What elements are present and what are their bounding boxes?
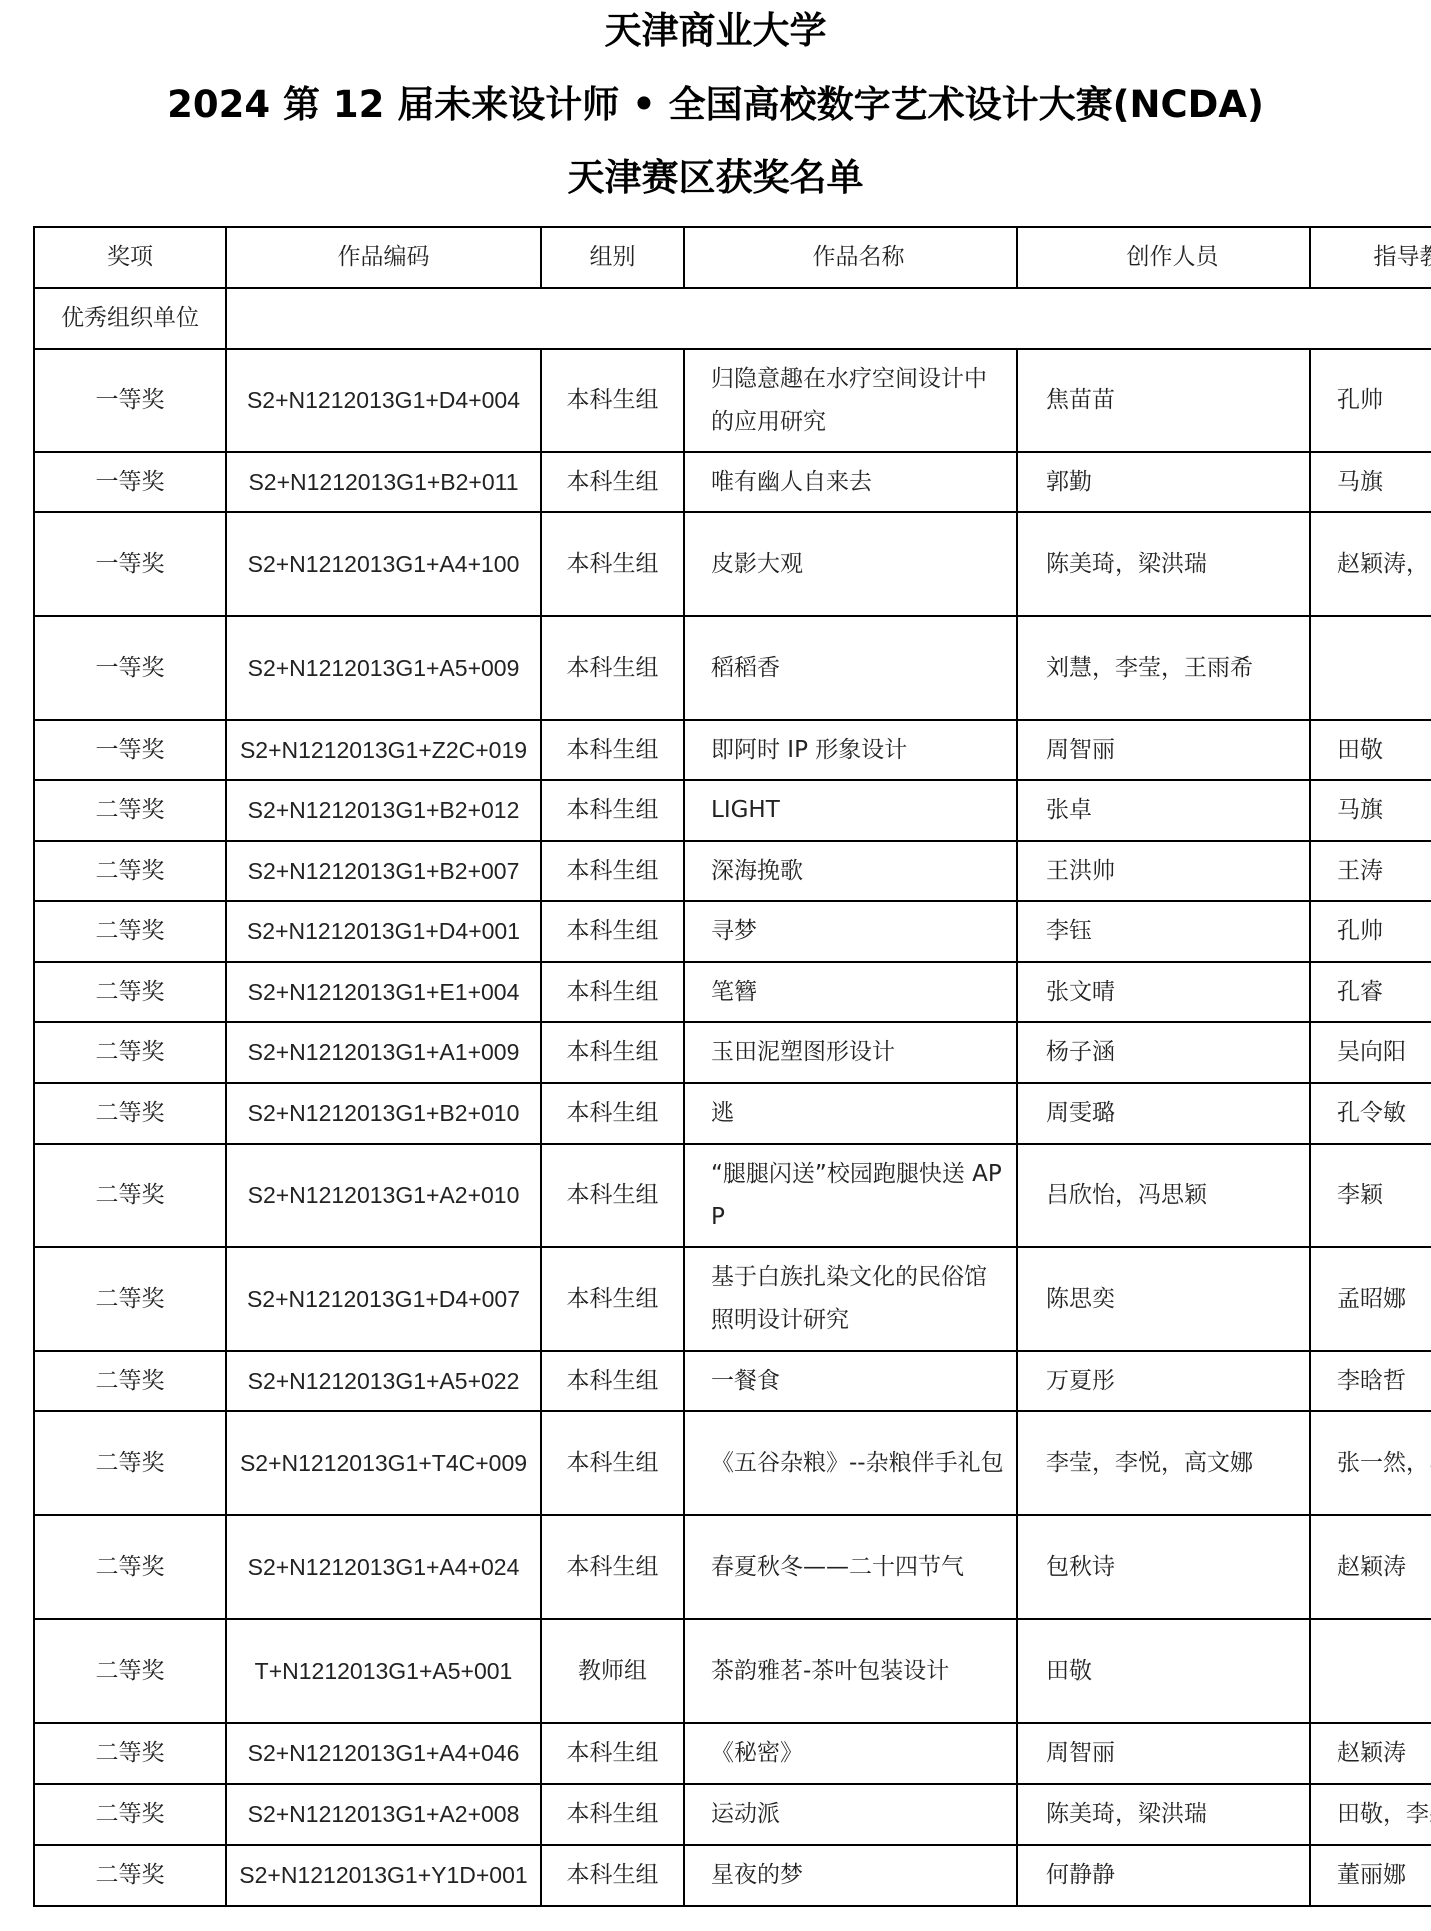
creators-cell-text: 周智丽 <box>1046 729 1299 772</box>
advisor-cell-text: 田敬 <box>1337 729 1431 772</box>
code-cell: S2+N1212013G1+Z2C+019 <box>226 720 541 780</box>
advisor-cell: 孔帅 <box>1310 349 1431 452</box>
creators-cell: 张卓 <box>1017 780 1310 841</box>
table-row: 二等奖S2+N1212013G1+B2+012本科生组LIGHT张卓马旗 <box>34 780 1431 841</box>
award-cell: 二等奖 <box>34 1144 226 1247</box>
title-cell: 星夜的梦 <box>684 1845 1017 1906</box>
title-cell: 即阿时 IP 形象设计 <box>684 720 1017 780</box>
column-header-advisor: 指导教师 <box>1310 227 1431 288</box>
award-cell-text: 一等奖 <box>35 647 225 690</box>
code-cell-text: S2+N1212013G1+D4+004 <box>227 379 540 422</box>
title-cell-text: 玉田泥塑图形设计 <box>711 1031 1006 1074</box>
title-cell: 茶韵雅茗-茶叶包装设计 <box>684 1619 1017 1723</box>
creators-cell-text: 张卓 <box>1046 789 1299 832</box>
creators-cell: 李钰 <box>1017 901 1310 962</box>
creators-cell: 周智丽 <box>1017 1723 1310 1784</box>
advisor-cell: 田敬，李颖 <box>1310 1784 1431 1845</box>
award-cell: 二等奖 <box>34 1083 226 1144</box>
award-cell-text: 二等奖 <box>35 1854 225 1897</box>
creators-cell-text: 田敬 <box>1046 1650 1299 1693</box>
title-cell-text: 稻稻香 <box>711 647 1006 690</box>
advisor-cell <box>1310 1619 1431 1723</box>
group-cell-text: 本科生组 <box>542 1732 683 1775</box>
title-cell-text: 寻梦 <box>711 910 1006 953</box>
code-cell-text: S2+N1212013G1+A4+100 <box>227 543 540 586</box>
org-row: 优秀组织单位 <box>34 288 1431 349</box>
code-cell-text: S2+N1212013G1+A4+046 <box>227 1732 540 1775</box>
table-row: 一等奖S2+N1212013G1+B2+011本科生组唯有幽人自来去郭勤马旗 <box>34 452 1431 512</box>
creators-cell-text: 周雯璐 <box>1046 1092 1299 1135</box>
award-cell: 二等奖 <box>34 1022 226 1083</box>
group-cell-text: 本科生组 <box>542 1031 683 1074</box>
creators-cell: 刘慧，李莹，王雨希 <box>1017 616 1310 720</box>
advisor-cell: 李晗哲 <box>1310 1351 1431 1411</box>
title-cell: 笔簪 <box>684 962 1017 1022</box>
awards-table: 奖项 作品编码 组别 作品名称 创作人员 指导教师 优秀组织单位 一等奖S2+N… <box>33 226 1431 1907</box>
title-cell-text: 唯有幽人自来去 <box>711 461 1006 504</box>
group-cell-text: 本科生组 <box>542 379 683 422</box>
group-cell-text: 本科生组 <box>542 543 683 586</box>
award-cell-text: 一等奖 <box>35 729 225 772</box>
title-cell: 《五谷杂粮》--杂粮伴手礼包 <box>684 1411 1017 1515</box>
group-cell: 本科生组 <box>541 1083 684 1144</box>
award-cell-text: 二等奖 <box>35 1732 225 1775</box>
table-row: 一等奖S2+N1212013G1+Z2C+019本科生组即阿时 IP 形象设计周… <box>34 720 1431 780</box>
advisor-cell: 王涛 <box>1310 841 1431 901</box>
group-cell: 本科生组 <box>541 1723 684 1784</box>
group-cell: 教师组 <box>541 1619 684 1723</box>
code-cell-text: S2+N1212013G1+B2+012 <box>227 789 540 832</box>
creators-cell-text: 陈美琦，梁洪瑞 <box>1046 543 1299 586</box>
code-cell-text: S2+N1212013G1+A1+009 <box>227 1031 540 1074</box>
creators-cell: 李莹，李悦，高文娜 <box>1017 1411 1310 1515</box>
award-cell-text: 二等奖 <box>35 789 225 832</box>
title-cell: 稻稻香 <box>684 616 1017 720</box>
advisor-cell: 赵颖涛 <box>1310 1723 1431 1784</box>
group-cell: 本科生组 <box>541 1515 684 1619</box>
title-cell-text: 即阿时 IP 形象设计 <box>711 729 1006 772</box>
advisor-cell-text: 马旗 <box>1337 789 1431 832</box>
award-cell-text: 二等奖 <box>35 1793 225 1836</box>
group-cell-text: 本科生组 <box>542 971 683 1014</box>
creators-cell-text: 郭勤 <box>1046 461 1299 504</box>
advisor-cell-text: 李晗哲 <box>1337 1360 1431 1403</box>
advisor-cell: 董丽娜 <box>1310 1845 1431 1906</box>
advisor-cell: 孔睿 <box>1310 962 1431 1022</box>
award-cell: 一等奖 <box>34 720 226 780</box>
award-cell-text: 二等奖 <box>35 1546 225 1589</box>
code-cell-text: S2+N1212013G1+E1+004 <box>227 971 540 1014</box>
table-row: 二等奖S2+N1212013G1+A5+022本科生组一餐食万夏彤李晗哲 <box>34 1351 1431 1411</box>
group-cell: 本科生组 <box>541 901 684 962</box>
title-cell: 玉田泥塑图形设计 <box>684 1022 1017 1083</box>
title-cell: 基于白族扎染文化的民俗馆照明设计研究 <box>684 1247 1017 1351</box>
group-cell-text: 本科生组 <box>542 1174 683 1217</box>
title-cell: 运动派 <box>684 1784 1017 1845</box>
award-cell: 二等奖 <box>34 1247 226 1351</box>
table-row: 二等奖S2+N1212013G1+D4+007本科生组基于白族扎染文化的民俗馆照… <box>34 1247 1431 1351</box>
code-cell: S2+N1212013G1+B2+011 <box>226 452 541 512</box>
advisor-cell: 田敬 <box>1310 720 1431 780</box>
group-cell: 本科生组 <box>541 512 684 616</box>
title-cell-text: 一餐食 <box>711 1360 1006 1403</box>
award-cell: 二等奖 <box>34 1351 226 1411</box>
group-cell-text: 本科生组 <box>542 461 683 504</box>
award-cell-text: 二等奖 <box>35 1360 225 1403</box>
advisor-cell-text: 马旗 <box>1337 461 1431 504</box>
group-cell-text: 本科生组 <box>542 1854 683 1897</box>
column-header-code: 作品编码 <box>226 227 541 288</box>
list-subtitle: 天津赛区获奖名单 <box>0 153 1431 203</box>
title-cell: 归隐意趣在水疗空间设计中的应用研究 <box>684 349 1017 452</box>
creators-cell-text: 李莹，李悦，高文娜 <box>1046 1442 1299 1485</box>
code-cell: S2+N1212013G1+A2+008 <box>226 1784 541 1845</box>
advisor-cell-text: 赵颖涛，田敬 <box>1337 543 1431 586</box>
group-cell: 本科生组 <box>541 1247 684 1351</box>
creators-cell-text: 吕欣怡，冯思颖 <box>1046 1174 1299 1217</box>
award-cell: 二等奖 <box>34 1784 226 1845</box>
title-cell: 唯有幽人自来去 <box>684 452 1017 512</box>
group-cell: 本科生组 <box>541 1022 684 1083</box>
advisor-cell: 赵颖涛，田敬 <box>1310 512 1431 616</box>
code-cell: S2+N1212013G1+T4C+009 <box>226 1411 541 1515</box>
group-cell: 本科生组 <box>541 452 684 512</box>
award-cell: 一等奖 <box>34 512 226 616</box>
group-cell-text: 本科生组 <box>542 647 683 690</box>
title-cell: 《秘密》 <box>684 1723 1017 1784</box>
column-header-title: 作品名称 <box>684 227 1017 288</box>
group-cell-text: 本科生组 <box>542 789 683 832</box>
table-row: 二等奖S2+N1212013G1+A2+008本科生组运动派陈美琦，梁洪瑞田敬，… <box>34 1784 1431 1845</box>
org-label: 优秀组织单位 <box>34 288 226 349</box>
code-cell-text: S2+N1212013G1+A2+010 <box>227 1174 540 1217</box>
award-cell-text: 一等奖 <box>35 379 225 422</box>
code-cell-text: S2+N1212013G1+D4+001 <box>227 910 540 953</box>
group-cell-text: 本科生组 <box>542 1360 683 1403</box>
title-cell-text: 《秘密》 <box>711 1732 1006 1775</box>
title-cell-text: 《五谷杂粮》--杂粮伴手礼包 <box>711 1442 1006 1485</box>
code-cell: S2+N1212013G1+B2+010 <box>226 1083 541 1144</box>
group-cell-text: 本科生组 <box>542 1442 683 1485</box>
column-header-group: 组别 <box>541 227 684 288</box>
table-row: 二等奖S2+N1212013G1+B2+010本科生组逃周雯璐孔令敏 <box>34 1083 1431 1144</box>
title-cell-text: 星夜的梦 <box>711 1854 1006 1897</box>
group-cell-text: 本科生组 <box>542 1546 683 1589</box>
advisor-cell: 吴向阳 <box>1310 1022 1431 1083</box>
group-cell: 本科生组 <box>541 780 684 841</box>
code-cell-text: S2+N1212013G1+Y1D+001 <box>227 1854 540 1897</box>
group-cell-text: 本科生组 <box>542 850 683 893</box>
table-row: 一等奖S2+N1212013G1+D4+004本科生组归隐意趣在水疗空间设计中的… <box>34 349 1431 452</box>
code-cell-text: S2+N1212013G1+A2+008 <box>227 1793 540 1836</box>
title-cell-text: “腿腿闪送”校园跑腿快送 APP <box>711 1153 1006 1239</box>
advisor-cell: 马旗 <box>1310 452 1431 512</box>
group-cell: 本科生组 <box>541 720 684 780</box>
code-cell: S2+N1212013G1+A4+100 <box>226 512 541 616</box>
advisor-cell-text: 李颖 <box>1337 1174 1431 1217</box>
award-cell: 二等奖 <box>34 841 226 901</box>
table-row: 二等奖S2+N1212013G1+T4C+009本科生组《五谷杂粮》--杂粮伴手… <box>34 1411 1431 1515</box>
code-cell-text: S2+N1212013G1+D4+007 <box>227 1278 540 1321</box>
title-cell-text: 笔簪 <box>711 971 1006 1014</box>
table-header-row: 奖项 作品编码 组别 作品名称 创作人员 指导教师 <box>34 227 1431 288</box>
creators-cell-text: 何静静 <box>1046 1854 1299 1897</box>
code-cell-text: S2+N1212013G1+A5+009 <box>227 647 540 690</box>
advisor-cell-text: 王涛 <box>1337 850 1431 893</box>
creators-cell: 周智丽 <box>1017 720 1310 780</box>
code-cell: S2+N1212013G1+D4+004 <box>226 349 541 452</box>
code-cell: S2+N1212013G1+A5+022 <box>226 1351 541 1411</box>
creators-cell-text: 杨子涵 <box>1046 1031 1299 1074</box>
advisor-cell: 孟昭娜 <box>1310 1247 1431 1351</box>
code-cell-text: S2+N1212013G1+B2+007 <box>227 850 540 893</box>
code-cell-text: S2+N1212013G1+B2+010 <box>227 1092 540 1135</box>
creators-cell: 张文晴 <box>1017 962 1310 1022</box>
advisor-cell-text: 孟昭娜 <box>1337 1278 1431 1321</box>
code-cell: S2+N1212013G1+D4+007 <box>226 1247 541 1351</box>
title-cell: 一餐食 <box>684 1351 1017 1411</box>
code-cell: S2+N1212013G1+A4+024 <box>226 1515 541 1619</box>
creators-cell: 包秋诗 <box>1017 1515 1310 1619</box>
title-cell: LIGHT <box>684 780 1017 841</box>
code-cell: S2+N1212013G1+D4+001 <box>226 901 541 962</box>
creators-cell: 田敬 <box>1017 1619 1310 1723</box>
advisor-cell-text: 孔帅 <box>1337 379 1431 422</box>
title-cell-text: 逃 <box>711 1092 1006 1135</box>
group-cell: 本科生组 <box>541 1351 684 1411</box>
award-cell-text: 一等奖 <box>35 543 225 586</box>
advisor-cell-text: 田敬，李颖 <box>1337 1793 1431 1836</box>
title-cell: “腿腿闪送”校园跑腿快送 APP <box>684 1144 1017 1247</box>
title-cell: 深海挽歌 <box>684 841 1017 901</box>
code-cell-text: S2+N1212013G1+A4+024 <box>227 1546 540 1589</box>
award-cell-text: 二等奖 <box>35 1174 225 1217</box>
creators-cell: 何静静 <box>1017 1845 1310 1906</box>
award-cell: 二等奖 <box>34 962 226 1022</box>
award-cell-text: 二等奖 <box>35 971 225 1014</box>
competition-title: 2024 第 12 届未来设计师 • 全国高校数字艺术设计大赛(NCDA) <box>0 80 1431 130</box>
award-cell-text: 二等奖 <box>35 1092 225 1135</box>
creators-cell-text: 焦苗苗 <box>1046 379 1299 422</box>
award-cell-text: 二等奖 <box>35 850 225 893</box>
advisor-cell: 李颖 <box>1310 1144 1431 1247</box>
advisor-cell: 孔令敏 <box>1310 1083 1431 1144</box>
creators-cell: 焦苗苗 <box>1017 349 1310 452</box>
award-cell-text: 二等奖 <box>35 1442 225 1485</box>
table-row: 二等奖S2+N1212013G1+A4+046本科生组《秘密》周智丽赵颖涛 <box>34 1723 1431 1784</box>
code-cell: S2+N1212013G1+Y1D+001 <box>226 1845 541 1906</box>
table-row: 二等奖S2+N1212013G1+A4+024本科生组春夏秋冬——二十四节气包秋… <box>34 1515 1431 1619</box>
code-cell: S2+N1212013G1+A2+010 <box>226 1144 541 1247</box>
title-cell-text: 皮影大观 <box>711 543 1006 586</box>
creators-cell: 郭勤 <box>1017 452 1310 512</box>
award-cell-text: 二等奖 <box>35 1650 225 1693</box>
table-row: 二等奖S2+N1212013G1+Y1D+001本科生组星夜的梦何静静董丽娜 <box>34 1845 1431 1906</box>
group-cell-text: 教师组 <box>542 1650 683 1693</box>
code-cell-text: T+N1212013G1+A5+001 <box>227 1650 540 1693</box>
code-cell-text: S2+N1212013G1+B2+011 <box>227 461 540 504</box>
advisor-cell: 孔帅 <box>1310 901 1431 962</box>
table-row: 二等奖S2+N1212013G1+A2+010本科生组“腿腿闪送”校园跑腿快送 … <box>34 1144 1431 1247</box>
table-row: 一等奖S2+N1212013G1+A4+100本科生组皮影大观陈美琦，梁洪瑞赵颖… <box>34 512 1431 616</box>
creators-cell-text: 万夏彤 <box>1046 1360 1299 1403</box>
creators-cell: 吕欣怡，冯思颖 <box>1017 1144 1310 1247</box>
creators-cell: 陈美琦，梁洪瑞 <box>1017 1784 1310 1845</box>
group-cell: 本科生组 <box>541 616 684 720</box>
title-cell: 寻梦 <box>684 901 1017 962</box>
award-cell: 二等奖 <box>34 1845 226 1906</box>
table-row: 二等奖T+N1212013G1+A5+001教师组茶韵雅茗-茶叶包装设计田敬 <box>34 1619 1431 1723</box>
advisor-cell-text: 赵颖涛 <box>1337 1546 1431 1589</box>
table-row: 一等奖S2+N1212013G1+A5+009本科生组稻稻香刘慧，李莹，王雨希 <box>34 616 1431 720</box>
group-cell-text: 本科生组 <box>542 1278 683 1321</box>
creators-cell: 周雯璐 <box>1017 1083 1310 1144</box>
group-cell: 本科生组 <box>541 841 684 901</box>
code-cell: S2+N1212013G1+A1+009 <box>226 1022 541 1083</box>
code-cell: S2+N1212013G1+A5+009 <box>226 616 541 720</box>
group-cell: 本科生组 <box>541 1144 684 1247</box>
advisor-cell-text: 孔帅 <box>1337 910 1431 953</box>
title-cell: 皮影大观 <box>684 512 1017 616</box>
table-row: 二等奖S2+N1212013G1+B2+007本科生组深海挽歌王洪帅王涛 <box>34 841 1431 901</box>
code-cell-text: S2+N1212013G1+A5+022 <box>227 1360 540 1403</box>
group-cell: 本科生组 <box>541 1784 684 1845</box>
column-header-creators: 创作人员 <box>1017 227 1310 288</box>
advisor-cell-text: 孔睿 <box>1337 971 1431 1014</box>
group-cell: 本科生组 <box>541 962 684 1022</box>
award-cell: 二等奖 <box>34 1619 226 1723</box>
creators-cell: 万夏彤 <box>1017 1351 1310 1411</box>
advisor-cell-text: 张一然，马草 <box>1337 1442 1431 1485</box>
title-cell-text: 归隐意趣在水疗空间设计中的应用研究 <box>711 358 1006 444</box>
creators-cell: 陈思奕 <box>1017 1247 1310 1351</box>
title-cell: 逃 <box>684 1083 1017 1144</box>
award-cell-text: 二等奖 <box>35 1031 225 1074</box>
title-cell-text: 茶韵雅茗-茶叶包装设计 <box>711 1650 1006 1693</box>
table-row: 二等奖S2+N1212013G1+A1+009本科生组玉田泥塑图形设计杨子涵吴向… <box>34 1022 1431 1083</box>
code-cell-text: S2+N1212013G1+T4C+009 <box>227 1442 540 1485</box>
advisor-cell-text: 董丽娜 <box>1337 1854 1431 1897</box>
advisor-cell <box>1310 616 1431 720</box>
title-cell-text: 深海挽歌 <box>711 850 1006 893</box>
group-cell-text: 本科生组 <box>542 1092 683 1135</box>
creators-cell: 杨子涵 <box>1017 1022 1310 1083</box>
creators-cell-text: 陈思奕 <box>1046 1278 1299 1321</box>
award-cell: 一等奖 <box>34 616 226 720</box>
column-header-award: 奖项 <box>34 227 226 288</box>
code-cell: S2+N1212013G1+A4+046 <box>226 1723 541 1784</box>
title-cell-text: 运动派 <box>711 1793 1006 1836</box>
code-cell: S2+N1212013G1+E1+004 <box>226 962 541 1022</box>
advisor-cell-text: 赵颖涛 <box>1337 1732 1431 1775</box>
university-name: 天津商业大学 <box>0 6 1431 56</box>
group-cell: 本科生组 <box>541 1411 684 1515</box>
award-cell-text: 一等奖 <box>35 461 225 504</box>
creators-cell-text: 刘慧，李莹，王雨希 <box>1046 647 1299 690</box>
award-cell-text: 二等奖 <box>35 1278 225 1321</box>
advisor-cell-text: 孔令敏 <box>1337 1092 1431 1135</box>
code-cell-text: S2+N1212013G1+Z2C+019 <box>227 729 540 772</box>
creators-cell-text: 陈美琦，梁洪瑞 <box>1046 1793 1299 1836</box>
creators-cell: 王洪帅 <box>1017 841 1310 901</box>
org-value <box>226 288 1431 349</box>
creators-cell: 陈美琦，梁洪瑞 <box>1017 512 1310 616</box>
award-cell: 二等奖 <box>34 1515 226 1619</box>
group-cell: 本科生组 <box>541 349 684 452</box>
table-row: 二等奖S2+N1212013G1+E1+004本科生组笔簪张文晴孔睿 <box>34 962 1431 1022</box>
group-cell-text: 本科生组 <box>542 1793 683 1836</box>
award-cell: 二等奖 <box>34 1411 226 1515</box>
title-cell-text: 春夏秋冬——二十四节气 <box>711 1546 1006 1589</box>
award-cell-text: 二等奖 <box>35 910 225 953</box>
group-cell-text: 本科生组 <box>542 729 683 772</box>
title-cell: 春夏秋冬——二十四节气 <box>684 1515 1017 1619</box>
code-cell: S2+N1212013G1+B2+012 <box>226 780 541 841</box>
creators-cell-text: 李钰 <box>1046 910 1299 953</box>
award-cell: 二等奖 <box>34 1723 226 1784</box>
code-cell: S2+N1212013G1+B2+007 <box>226 841 541 901</box>
award-cell: 一等奖 <box>34 349 226 452</box>
award-cell: 二等奖 <box>34 780 226 841</box>
title-cell-text: 基于白族扎染文化的民俗馆照明设计研究 <box>711 1256 1006 1342</box>
creators-cell-text: 张文晴 <box>1046 971 1299 1014</box>
advisor-cell: 张一然，马草 <box>1310 1411 1431 1515</box>
title-cell-text: LIGHT <box>711 789 1006 832</box>
group-cell: 本科生组 <box>541 1845 684 1906</box>
group-cell-text: 本科生组 <box>542 910 683 953</box>
creators-cell-text: 周智丽 <box>1046 1732 1299 1775</box>
creators-cell-text: 包秋诗 <box>1046 1546 1299 1589</box>
creators-cell-text: 王洪帅 <box>1046 850 1299 893</box>
award-cell: 一等奖 <box>34 452 226 512</box>
award-cell: 二等奖 <box>34 901 226 962</box>
table-row: 二等奖S2+N1212013G1+D4+001本科生组寻梦李钰孔帅 <box>34 901 1431 962</box>
advisor-cell-text: 吴向阳 <box>1337 1031 1431 1074</box>
code-cell: T+N1212013G1+A5+001 <box>226 1619 541 1723</box>
advisor-cell: 赵颖涛 <box>1310 1515 1431 1619</box>
advisor-cell: 马旗 <box>1310 780 1431 841</box>
